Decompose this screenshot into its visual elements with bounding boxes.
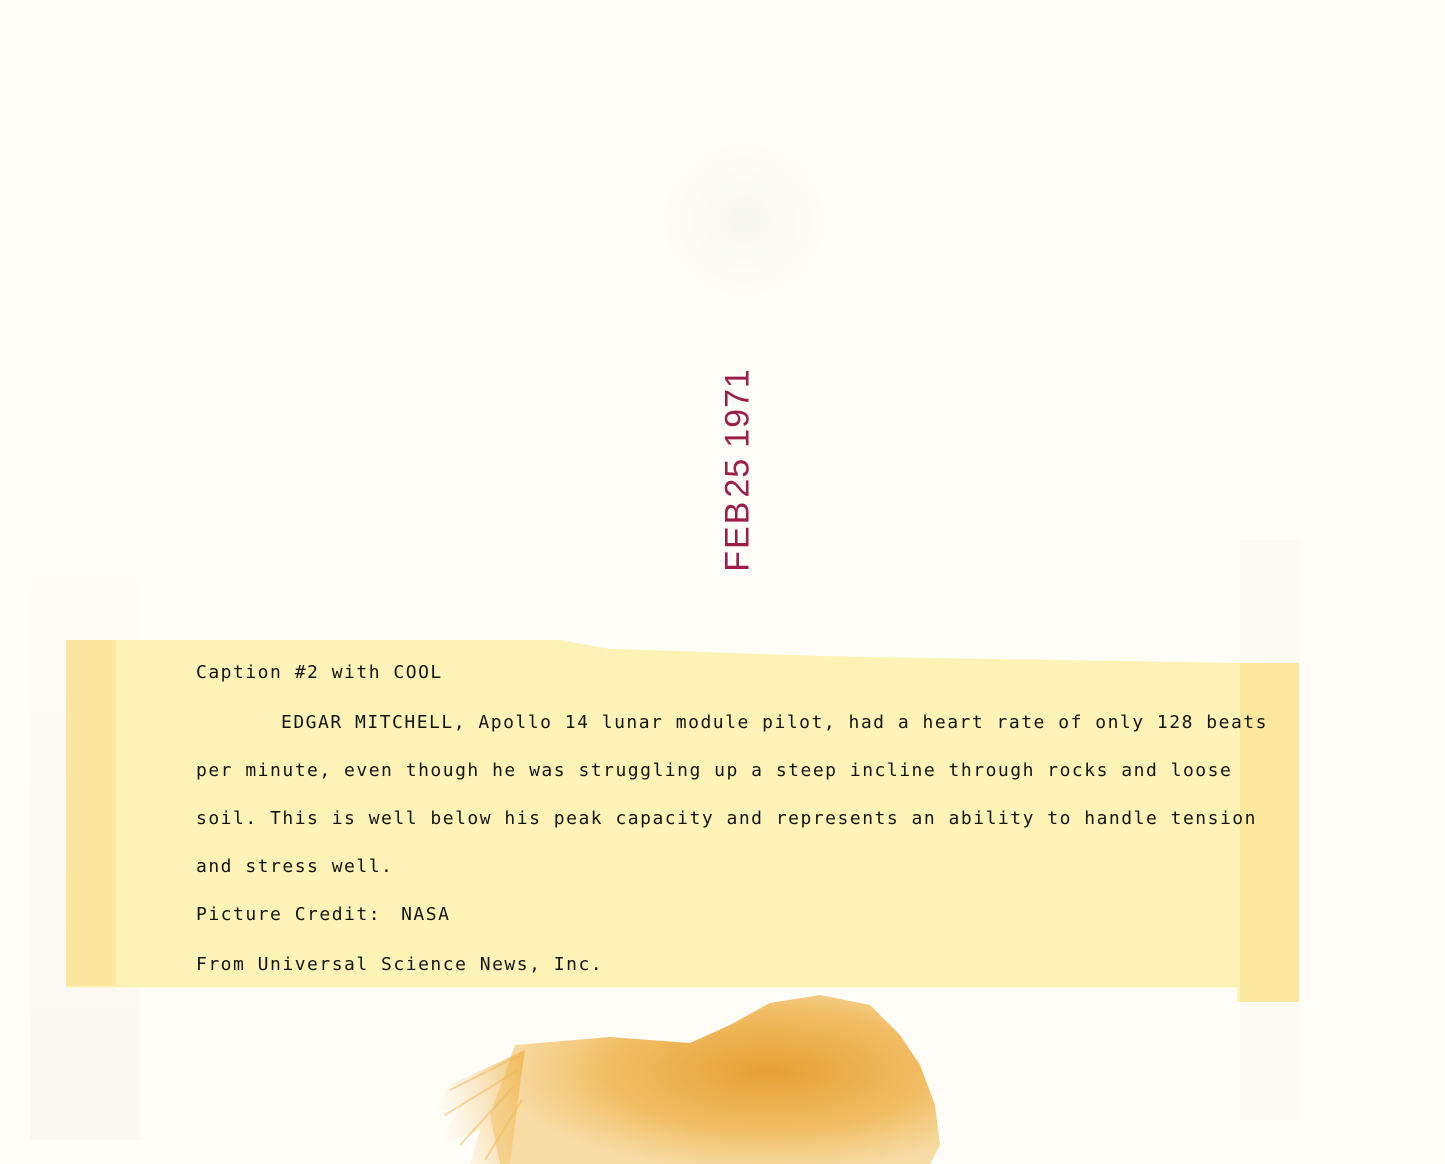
caption-line: per minute, even though he was strugglin… bbox=[196, 760, 1232, 781]
picture-credit: Picture Credit:NASA bbox=[196, 904, 450, 925]
stamp-day: 25 bbox=[719, 458, 757, 498]
caption-heading: Caption #2 with COOL bbox=[196, 662, 443, 683]
caption-line: soil. This is well below his peak capaci… bbox=[196, 808, 1257, 829]
caption-line: EDGAR MITCHELL, Apollo 14 lunar module p… bbox=[281, 712, 1268, 733]
caption-source: From Universal Science News, Inc. bbox=[196, 954, 603, 975]
glue-stain bbox=[430, 995, 950, 1164]
credit-label: Picture Credit: bbox=[196, 904, 381, 925]
date-stamp: FEB251971 bbox=[719, 368, 758, 572]
caption-line: and stress well. bbox=[196, 856, 393, 877]
credit-value: NASA bbox=[401, 904, 450, 925]
stamp-year: 1971 bbox=[719, 368, 757, 448]
tape-left bbox=[66, 640, 116, 986]
paper-sheen bbox=[660, 140, 830, 300]
stamp-month: FEB bbox=[719, 500, 757, 572]
